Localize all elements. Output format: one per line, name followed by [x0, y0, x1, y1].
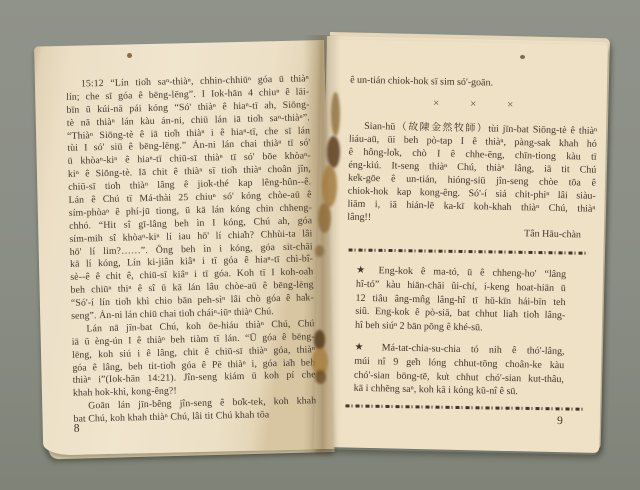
- left-page-text: 15:12 “Lín tio̍h saⁿ-thiàⁿ, chhin-chhiūⁿ…: [66, 73, 317, 426]
- ornamental-divider: [349, 248, 589, 254]
- news-item: ★ Eng-kok ê ma-tó, ū ê chheng-ho' “lângh…: [355, 264, 566, 337]
- paragraph: 15:12 “Lín tio̍h saⁿ-thiàⁿ, chhin-chhiūⁿ…: [66, 73, 314, 323]
- right-page-text: ê un-tián chiok-hok sī sim só'-goān. × ×…: [343, 74, 598, 412]
- ornamental-divider: [345, 405, 585, 411]
- left-page: 15:12 “Lín tio̍h saⁿ-thiàⁿ, chhin-chhiūⁿ…: [34, 40, 333, 455]
- left-page-number: 8: [74, 423, 80, 435]
- section-break-marks: × × ×: [350, 96, 598, 114]
- carryover-line: ê un-tián chiok-hok sī sim só'-goān.: [350, 74, 598, 92]
- open-book-photo: 15:12 “Lín tio̍h saⁿ-thiàⁿ, chhin-chhiūⁿ…: [0, 0, 640, 490]
- right-page-number: 9: [557, 415, 563, 427]
- memorial-paragraph: Sian-hū（故陳金然牧師）tùi jīn-bat Siōng-tè ê th…: [347, 120, 597, 229]
- paragraph: Goān lán jīn-bêng jîn-seng ê bo̍k-tek, k…: [73, 396, 317, 427]
- news-item: ★ Má-tat-chia-su-chia tó nih ê thó'-lâng…: [354, 341, 565, 401]
- right-page: ê un-tián chiok-hok sī sim só'-goān. × ×…: [313, 39, 608, 455]
- paragraph: Lán nā jīn-bat Chú, koh ōe-hiáu thiàⁿ Ch…: [71, 318, 316, 401]
